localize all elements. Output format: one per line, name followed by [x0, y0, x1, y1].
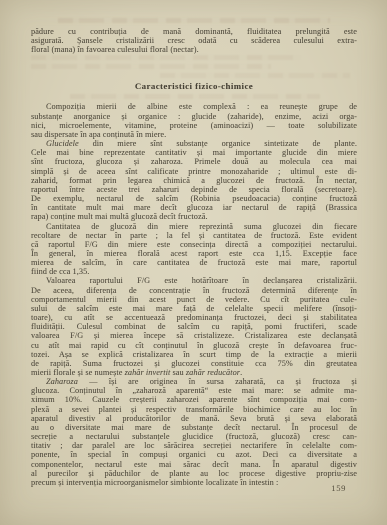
- text-line: substanțe anorganice și organice : gluci…: [31, 112, 357, 121]
- text-segment: tozei. Așa se explică cristalizarea în s…: [31, 350, 357, 359]
- text-line: Cele mai bine reprezentate cantitativ și…: [31, 148, 357, 157]
- text-line: titativ ; dar paralel are loc sărăcirea …: [31, 441, 357, 450]
- text-segment: Valoarea raportului F/G este hotărîtoare…: [46, 276, 357, 285]
- text-line: de rapiță. Suma fructozei și glucozei co…: [31, 359, 357, 368]
- text-line: mierea de salcîm, în care cantitatea de …: [31, 258, 357, 267]
- text-line: Glucidele din miere sînt substanțe organ…: [31, 139, 357, 148]
- text-segment: mierea de salcîm, în care cantitatea de …: [31, 258, 357, 267]
- text-line: pădure cu contribuția de mană dominantă,…: [31, 27, 357, 36]
- text-segment: De exemplu, nectarul de salcîm (Robinia …: [31, 194, 357, 203]
- bleedthrough-smudge: [58, 18, 330, 23]
- text-segment: toare), cu atît se accentuează predomina…: [31, 313, 357, 322]
- text-line: cu atît mai rapid cu cît conținutul în g…: [31, 341, 357, 350]
- paragraph: Compoziția mierii de albine este complex…: [31, 102, 357, 139]
- text-line: În general, în mierea florală acest rapo…: [31, 249, 357, 258]
- text-segment: ximum 10%. Cauzele creșterii zaharozei a…: [31, 395, 357, 404]
- text-line: De exemplu, nectarul de salcîm (Robinia …: [31, 194, 357, 203]
- text-line: rapa) conține mult mai multă glucoză dec…: [31, 212, 357, 221]
- scanned-book-page: pădure cu contribuția de mană dominantă,…: [0, 0, 387, 525]
- text-line: componentelor, nectarul este mai sărac d…: [31, 460, 357, 469]
- text-segment: aparatul divestiv al producătorilor de m…: [31, 414, 357, 423]
- text-line: raportul între aceste trei zaharuri depi…: [31, 185, 357, 194]
- text-line: tozei. Așa se explică cristalizarea în s…: [31, 350, 357, 359]
- text-line: ximum 10%. Cauzele creșterii zaharozei a…: [31, 395, 357, 404]
- text-segment: au o diversitate mai mare de substanțe d…: [31, 423, 357, 432]
- text-line: sînt fructoza, glucoza și zaharoza. Prim…: [31, 157, 357, 166]
- text-line: Valoarea raportului F/G este hotărîtoare…: [31, 276, 357, 285]
- text-segment: cu atît mai rapid cu cît conținutul în g…: [31, 341, 357, 350]
- text-segment: Cantitatea de glucoză din miere reprezin…: [46, 222, 357, 231]
- text-segment: pădure cu contribuția de mană dominantă,…: [31, 27, 357, 36]
- text-segment: Compoziția mierii de albine este complex…: [46, 102, 357, 111]
- text-segment: componentelor, nectarul este mai sărac d…: [31, 460, 357, 469]
- text-line: că raportul F/G din miere este consecinț…: [31, 240, 357, 249]
- text-segment: .: [240, 368, 242, 377]
- text-line: precum și intervenția microorganismelor …: [31, 478, 357, 487]
- text-line: fiind de cca 1,35.: [31, 267, 357, 276]
- text-line: Zaharoza — își are originea în sursa zah…: [31, 377, 357, 386]
- text-line: valoarea F/G și mierea începe să cristal…: [31, 331, 357, 340]
- italic-text: Zaharoza: [46, 377, 78, 386]
- text-line: Compoziția mierii de albine este complex…: [31, 102, 357, 111]
- text-segment: valoarea F/G și mierea începe să cristal…: [31, 331, 357, 340]
- text-segment: De aceea, diferența de concentrație în f…: [31, 286, 357, 295]
- text-line: zaharid, format prin legarea chimică a g…: [31, 176, 357, 185]
- text-segment: În general, în mierea florală acest rapo…: [31, 249, 357, 258]
- text-segment: sînt fructoza, glucoza și zaharoza. Prim…: [31, 157, 357, 166]
- text-line: recoltare de nectar în parte ; la fel și…: [31, 231, 357, 240]
- text-segment: fiind de cca 1,35.: [31, 267, 89, 276]
- text-segment: ponente, în special în compuși organici …: [31, 450, 357, 459]
- text-segment: plexă a sevei plantei și respectiv trans…: [31, 405, 357, 414]
- text-line: fluidității. Culesul combinat de salcîm …: [31, 322, 357, 331]
- text-line: sau dispersate în apa conținută în miere…: [31, 130, 357, 139]
- text-line: De aceea, diferența de concentrație în f…: [31, 286, 357, 295]
- paragraph: pădure cu contribuția de mană dominantă,…: [31, 27, 357, 54]
- text-segment: mierii florale și se numește: [31, 368, 125, 377]
- text-segment: din miere sînt substanțe organice sintet…: [79, 139, 357, 148]
- italic-text: zahăr invertit: [125, 368, 171, 377]
- text-line: floral (mana) în favoarea culesului flor…: [31, 45, 357, 54]
- paragraph: Valoarea raportului F/G este hotărîtoare…: [31, 276, 357, 377]
- text-line: simplă și de aceea sînt calificate print…: [31, 167, 357, 176]
- text-line: al purecilor și păduchilor de plante au …: [31, 469, 357, 478]
- text-segment: nici, microelemente, vitamine, proteine …: [31, 121, 357, 130]
- text-segment: că raportul F/G din miere este consecinț…: [31, 240, 357, 249]
- text-segment: în cantitate mult mai mare decît glucoza…: [31, 203, 357, 212]
- text-line: Cantitatea de glucoză din miere reprezin…: [31, 222, 357, 231]
- text-segment: substanțe anorganice și organice : gluci…: [31, 112, 357, 121]
- text-segment: comportamentul mierii din acest punct de…: [31, 295, 357, 304]
- text-segment: precum și intervenția microorganismelor …: [31, 478, 278, 487]
- text-line: nici, microelemente, vitamine, proteine …: [31, 121, 357, 130]
- text-segment: al purecilor și păduchilor de plante au …: [31, 469, 357, 478]
- continuation-block: pădure cu contribuția de mană dominantă,…: [31, 27, 357, 54]
- paragraph: Cantitatea de glucoză din miere reprezin…: [31, 222, 357, 277]
- text-segment: raportul între aceste trei zaharuri depi…: [31, 185, 357, 194]
- text-line: plexă a sevei plantei și respectiv trans…: [31, 405, 357, 414]
- text-segment: titativ ; dar paralel are loc sărăcirea …: [31, 441, 357, 450]
- text-segment: floral (mana) în favoarea culesului flor…: [31, 45, 199, 54]
- text-line: asigurată. Șansele cristalizării cresc o…: [31, 36, 357, 45]
- text-segment: asigurată. Șansele cristalizării cresc o…: [31, 36, 357, 45]
- body-block: Compoziția mierii de albine este complex…: [31, 102, 357, 487]
- text-segment: simplă și de aceea sînt calificate print…: [31, 167, 357, 176]
- text-line: mierii florale și se numește zahăr inver…: [31, 368, 357, 377]
- text-line: sului de salcîm este mai mare față de ce…: [31, 304, 357, 313]
- text-line: ponente, în special în compuși organici …: [31, 450, 357, 459]
- text-line: comportamentul mierii din acest punct de…: [31, 295, 357, 304]
- text-segment: sau dispersate în apa conținută în miere…: [31, 130, 166, 139]
- text-line: toare), cu atît se accentuează predomina…: [31, 313, 357, 322]
- text-segment: secreție a nectarului substanțele glucid…: [31, 432, 357, 441]
- text-line: glucoza. Conținutul în „zaharoză aparent…: [31, 386, 357, 395]
- text-segment: rapa) conține mult mai multă glucoză dec…: [31, 212, 208, 221]
- text-column: pădure cu contribuția de mană dominantă,…: [31, 27, 357, 487]
- text-segment: de rapiță. Suma fructozei și glucozei co…: [31, 359, 357, 368]
- text-segment: zaharid, format prin legarea chimică a g…: [31, 176, 357, 185]
- paragraph: Glucidele din miere sînt substanțe organ…: [31, 139, 357, 221]
- paragraph: Zaharoza — își are originea în sursa zah…: [31, 377, 357, 487]
- text-line: secreție a nectarului substanțele glucid…: [31, 432, 357, 441]
- text-segment: recoltare de nectar în parte ; la fel și…: [31, 231, 357, 240]
- text-segment: sului de salcîm este mai mare față de ce…: [31, 304, 357, 313]
- section-heading: Caracteristici fizico-chimice: [31, 81, 357, 91]
- text-segment: sau: [170, 368, 186, 377]
- text-line: aparatul divestiv al producătorilor de m…: [31, 414, 357, 423]
- text-segment: glucoza. Conținutul în „zaharoză aparent…: [31, 386, 357, 395]
- italic-text: Glucidele: [46, 139, 79, 148]
- page-number: 159: [331, 483, 346, 493]
- text-line: în cantitate mult mai mare decît glucoza…: [31, 203, 357, 212]
- italic-text: zahăr reducător: [186, 368, 240, 377]
- text-segment: — își are originea în sursa zaharată, ca…: [78, 377, 357, 386]
- text-segment: fluidității. Culesul combinat de salcîm …: [31, 322, 357, 331]
- text-line: au o diversitate mai mare de substanțe d…: [31, 423, 357, 432]
- text-segment: Cele mai bine reprezentate cantitativ și…: [31, 148, 357, 157]
